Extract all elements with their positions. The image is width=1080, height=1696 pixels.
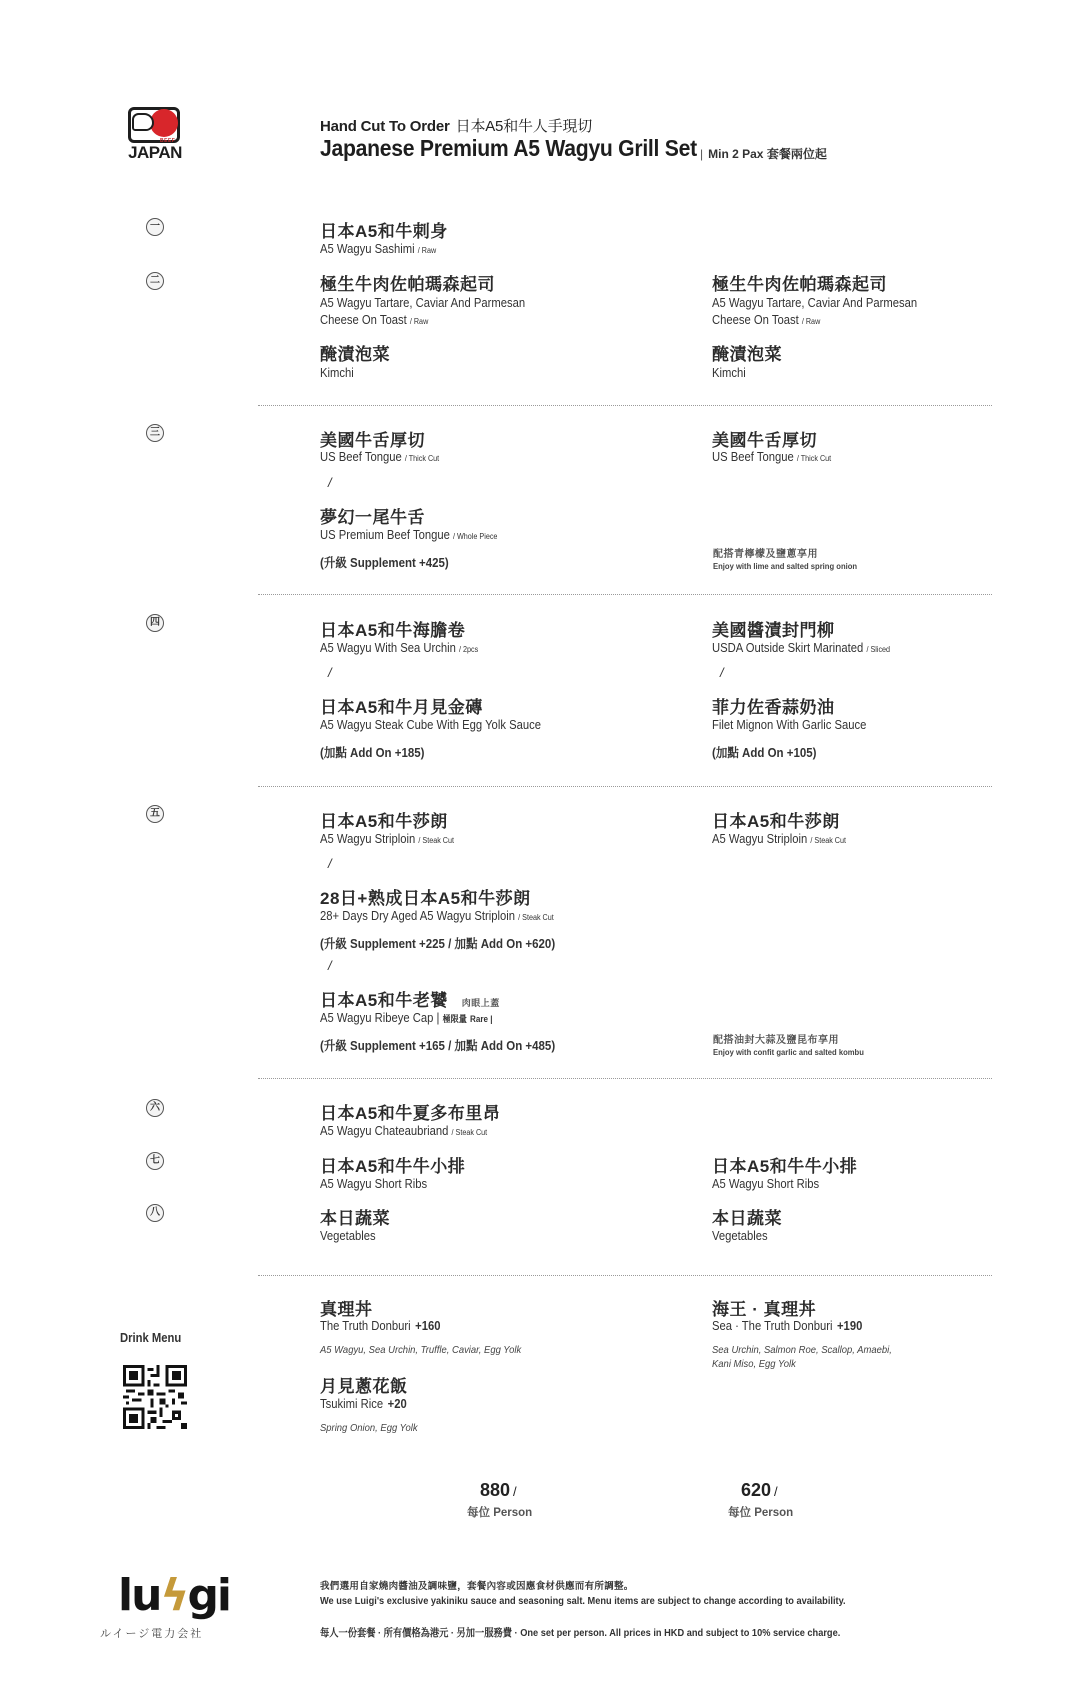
header-subtitle: Hand Cut To Order日本A5和牛人手現切 [320, 115, 592, 136]
addon-price: +160 [415, 1319, 440, 1333]
right-c3-note-en: Enjoy with lime and salted spring onion [713, 561, 857, 571]
course-8-icon: 八 [146, 1204, 164, 1222]
right-c4b-addon: (加點 Add On +105) [712, 743, 816, 761]
course-6-icon: 六 [146, 1099, 164, 1117]
or-separator: / [720, 665, 724, 680]
luigi-japanese-name: ルイージ電力会社 [100, 1625, 203, 1641]
right-c5-note-en: Enjoy with confit garlic and salted komb… [713, 1047, 864, 1057]
price-value: 620 [741, 1480, 771, 1500]
item-cut: / Raw [410, 317, 428, 326]
item-en: A5 Wagyu Chateaubriand [320, 1124, 448, 1138]
right-c4a-zh: 美國醬漬封門柳 [712, 616, 835, 641]
item-cut: / Steak Cut [452, 1128, 488, 1137]
left-c3b-zh: 夢幻一尾牛舌 [320, 503, 425, 528]
brand-text: lu [118, 1570, 160, 1621]
item-en: Cheese On Toast [712, 313, 799, 327]
item-zh: 日本A5和牛老饕 [320, 991, 448, 1010]
left-price-per: 每位 Person [467, 1504, 532, 1520]
addon-price: +190 [837, 1319, 862, 1333]
left-c2b-zh: 醃漬泡菜 [320, 340, 390, 365]
addon-price: +20 [388, 1397, 407, 1411]
lightning-bolt-icon: ϟ [160, 1570, 187, 1621]
item-en: US Premium Beef Tongue [320, 528, 450, 542]
right-c5a-en: A5 Wagyu Striploin / Steak Cut [712, 832, 846, 846]
item-en: US Beef Tongue [712, 450, 794, 464]
left-don2-en: Tsukimi Rice+20 [320, 1397, 407, 1411]
right-c2a-zh: 極生牛肉佐帕瑪森起司 [712, 270, 887, 295]
right-c3a-zh: 美國牛舌厚切 [712, 426, 817, 451]
subtitle-en: Hand Cut To Order [320, 118, 450, 135]
item-cut: / Whole Piece [453, 532, 497, 541]
right-c7-zh: 日本A5和牛牛小排 [712, 1152, 857, 1177]
right-don1-en: Sea · The Truth Donburi+190 [712, 1319, 862, 1333]
left-c2b-en: Kimchi [320, 366, 354, 380]
left-c5c-en: A5 Wagyu Ribeye Cap | 極限量 Rare | [320, 1011, 493, 1025]
drink-menu-label: Drink Menu [120, 1331, 181, 1345]
left-c7-en: A5 Wagyu Short Ribs [320, 1177, 427, 1191]
right-c3a-en: US Beef Tongue / Thick Cut [712, 450, 831, 464]
item-cut: / Thick Cut [405, 454, 439, 463]
item-cut: / Raw [418, 246, 436, 255]
left-c5a-en: A5 Wagyu Striploin / Steak Cut [320, 832, 454, 846]
right-c4b-zh: 菲力佐香蒜奶油 [712, 693, 835, 718]
left-c5a-zh: 日本A5和牛莎朗 [320, 807, 448, 832]
brand-text-end: gi [187, 1570, 230, 1621]
item-en: 28+ Days Dry Aged A5 Wagyu Striploin [320, 909, 515, 923]
left-c3a-zh: 美國牛舌厚切 [320, 426, 425, 451]
price-value: 880 [480, 1480, 510, 1500]
left-c4b-zh: 日本A5和牛月見金磚 [320, 693, 483, 718]
price-slash: / [774, 1484, 778, 1499]
item-tag: 肉眼上蓋 [462, 998, 500, 1008]
right-c7-en: A5 Wagyu Short Ribs [712, 1177, 819, 1191]
left-c3b-supplement: (升級 Supplement +425) [320, 553, 449, 571]
right-don1-zh: 海王 · 真理丼 [712, 1295, 816, 1320]
left-c2a-en-2: Cheese On Toast / Raw [320, 313, 428, 327]
item-en: Cheese On Toast [320, 313, 407, 327]
item-en: A5 Wagyu Sashimi [320, 242, 415, 256]
left-don1-zh: 真理丼 [320, 1295, 373, 1320]
left-c4b-en: A5 Wagyu Steak Cube With Egg Yolk Sauce [320, 718, 541, 732]
item-cut: / Steak Cut [418, 836, 454, 845]
right-price-per: 每位 Person [728, 1504, 793, 1520]
left-c3a-en: US Beef Tongue / Thick Cut [320, 450, 439, 464]
course-1-icon: 一 [146, 218, 164, 236]
footer-note1-en: We use Luigi's exclusive yakiniku sauce … [320, 1595, 846, 1607]
or-separator: / [328, 958, 332, 973]
subtitle-zh: 日本A5和牛人手現切 [456, 118, 592, 135]
right-don1-desc-2: Kani Miso, Egg Yolk [712, 1357, 796, 1371]
right-set-price: 620/ [741, 1480, 778, 1501]
course-3-icon: 三 [146, 424, 164, 442]
right-c8-zh: 本日蔬菜 [712, 1204, 782, 1229]
left-c6-zh: 日本A5和牛夏多布里昂 [320, 1099, 500, 1124]
item-en: A5 Wagyu Ribeye Cap | [320, 1011, 439, 1025]
right-c2a-en-1: A5 Wagyu Tartare, Caviar And Parmesan [712, 296, 917, 310]
left-c5c-supplement: (升級 Supplement +165 / 加點 Add On +485) [320, 1036, 555, 1054]
left-don2-zh: 月見蔥花飯 [320, 1372, 408, 1397]
left-c6-en: A5 Wagyu Chateaubriand / Steak Cut [320, 1124, 487, 1138]
item-en: The Truth Donburi [320, 1319, 411, 1333]
item-cut: / Thick Cut [797, 454, 831, 463]
item-en: Sea · The Truth Donburi [712, 1319, 832, 1333]
right-c2b-zh: 醃漬泡菜 [712, 340, 782, 365]
footer-note2: 每人一份套餐 · 所有價格為港元 · 另加一服務費 · One set per … [320, 1625, 840, 1640]
min-pax-note: |Min 2 Pax 套餐兩位起 [700, 145, 827, 162]
price-slash: / [513, 1484, 517, 1499]
or-separator: / [328, 856, 332, 871]
item-cut: / Sliced [866, 645, 890, 654]
left-c8-en: Vegetables [320, 1229, 376, 1243]
section-divider [258, 1078, 992, 1079]
item-en: US Beef Tongue [320, 450, 402, 464]
section-divider [258, 786, 992, 787]
course-5-icon: 五 [146, 805, 164, 823]
course-4-icon: 四 [146, 614, 164, 632]
left-c8-zh: 本日蔬菜 [320, 1204, 390, 1229]
section-divider [258, 405, 992, 406]
right-c5a-zh: 日本A5和牛莎朗 [712, 807, 840, 832]
item-cut: / Steak Cut [810, 836, 846, 845]
or-separator: / [328, 475, 332, 490]
item-en: A5 Wagyu With Sea Urchin [320, 641, 456, 655]
left-c7-zh: 日本A5和牛牛小排 [320, 1152, 465, 1177]
cow-icon [132, 113, 154, 131]
left-c2a-zh: 極生牛肉佐帕瑪森起司 [320, 270, 495, 295]
left-set-price: 880/ [480, 1480, 517, 1501]
section-divider [258, 594, 992, 595]
course-7-icon: 七 [146, 1152, 164, 1170]
right-c2b-en: Kimchi [712, 366, 746, 380]
left-don2-desc: Spring Onion, Egg Yolk [320, 1421, 418, 1435]
item-en: A5 Wagyu Striploin [712, 832, 807, 846]
luigi-logo: luϟgi [118, 1570, 230, 1621]
item-en: A5 Wagyu Striploin [320, 832, 415, 846]
right-c3-note-zh: 配搭青檸檬及鹽蔥享用 [713, 545, 818, 560]
rare-en: Rare | [470, 1014, 493, 1024]
left-c4a-en: A5 Wagyu With Sea Urchin / 2pcs [320, 641, 478, 655]
item-en: Tsukimi Rice [320, 1397, 383, 1411]
left-c5b-supplement: (升級 Supplement +225 / 加點 Add On +620) [320, 934, 555, 952]
separator: | [700, 147, 703, 161]
right-c4b-en: Filet Mignon With Garlic Sauce [712, 718, 866, 732]
rare-zh: 極限量 [443, 1014, 467, 1024]
left-c4b-addon: (加點 Add On +185) [320, 743, 424, 761]
left-c1-en: A5 Wagyu Sashimi / Raw [320, 242, 436, 256]
left-c1-zh: 日本A5和牛刺身 [320, 217, 448, 242]
left-c5c-zh: 日本A5和牛老饕肉眼上蓋 [320, 986, 500, 1011]
item-en: USDA Outside Skirt Marinated [712, 641, 863, 655]
left-c2a-en-1: A5 Wagyu Tartare, Caviar And Parmesan [320, 296, 525, 310]
or-separator: / [328, 665, 332, 680]
section-divider [258, 1275, 992, 1276]
beef-japan-logo: BEEF JAPAN [124, 107, 186, 163]
left-don1-desc: A5 Wagyu, Sea Urchin, Truffle, Caviar, E… [320, 1343, 521, 1357]
item-cut: / Steak Cut [518, 913, 554, 922]
page-title: Japanese Premium A5 Wagyu Grill Set [320, 135, 697, 162]
rising-sun-icon [150, 109, 178, 137]
course-2-icon: 二 [146, 272, 164, 290]
left-don1-en: The Truth Donburi+160 [320, 1319, 441, 1333]
item-cut: / Raw [802, 317, 820, 326]
right-c2a-en-2: Cheese On Toast / Raw [712, 313, 820, 327]
logo-word: JAPAN [124, 143, 186, 163]
drink-menu-qr-code[interactable] [123, 1365, 187, 1429]
item-cut: / 2pcs [459, 645, 478, 654]
right-c8-en: Vegetables [712, 1229, 768, 1243]
right-c4a-en: USDA Outside Skirt Marinated / Sliced [712, 641, 890, 655]
right-c5-note-zh: 配搭油封大蒜及鹽昆布享用 [713, 1031, 839, 1046]
left-c5b-en: 28+ Days Dry Aged A5 Wagyu Striploin / S… [320, 909, 554, 923]
left-c4a-zh: 日本A5和牛海膽卷 [320, 616, 465, 641]
left-c5b-zh: 28日+熟成日本A5和牛莎朗 [320, 884, 531, 909]
footer-note1-zh: 我們選用自家燒肉醬油及調味鹽，套餐內容或因應食材供應而有所調整。 [320, 1578, 634, 1592]
right-don1-desc-1: Sea Urchin, Salmon Roe, Scallop, Amaebi, [712, 1343, 892, 1357]
left-c3b-en: US Premium Beef Tongue / Whole Piece [320, 528, 497, 542]
min-pax: Min 2 Pax 套餐兩位起 [708, 147, 827, 161]
